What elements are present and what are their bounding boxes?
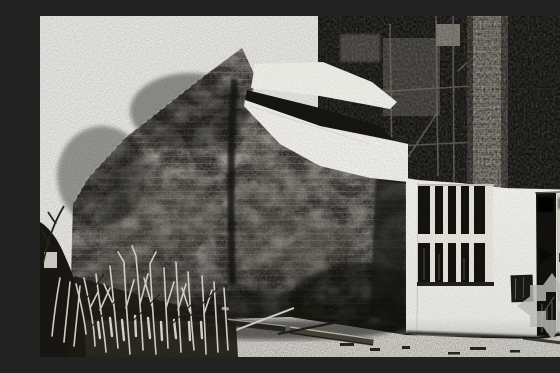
- photo-grain-overlay: [40, 16, 560, 357]
- photo: [40, 16, 560, 357]
- photo-frame: [40, 16, 560, 357]
